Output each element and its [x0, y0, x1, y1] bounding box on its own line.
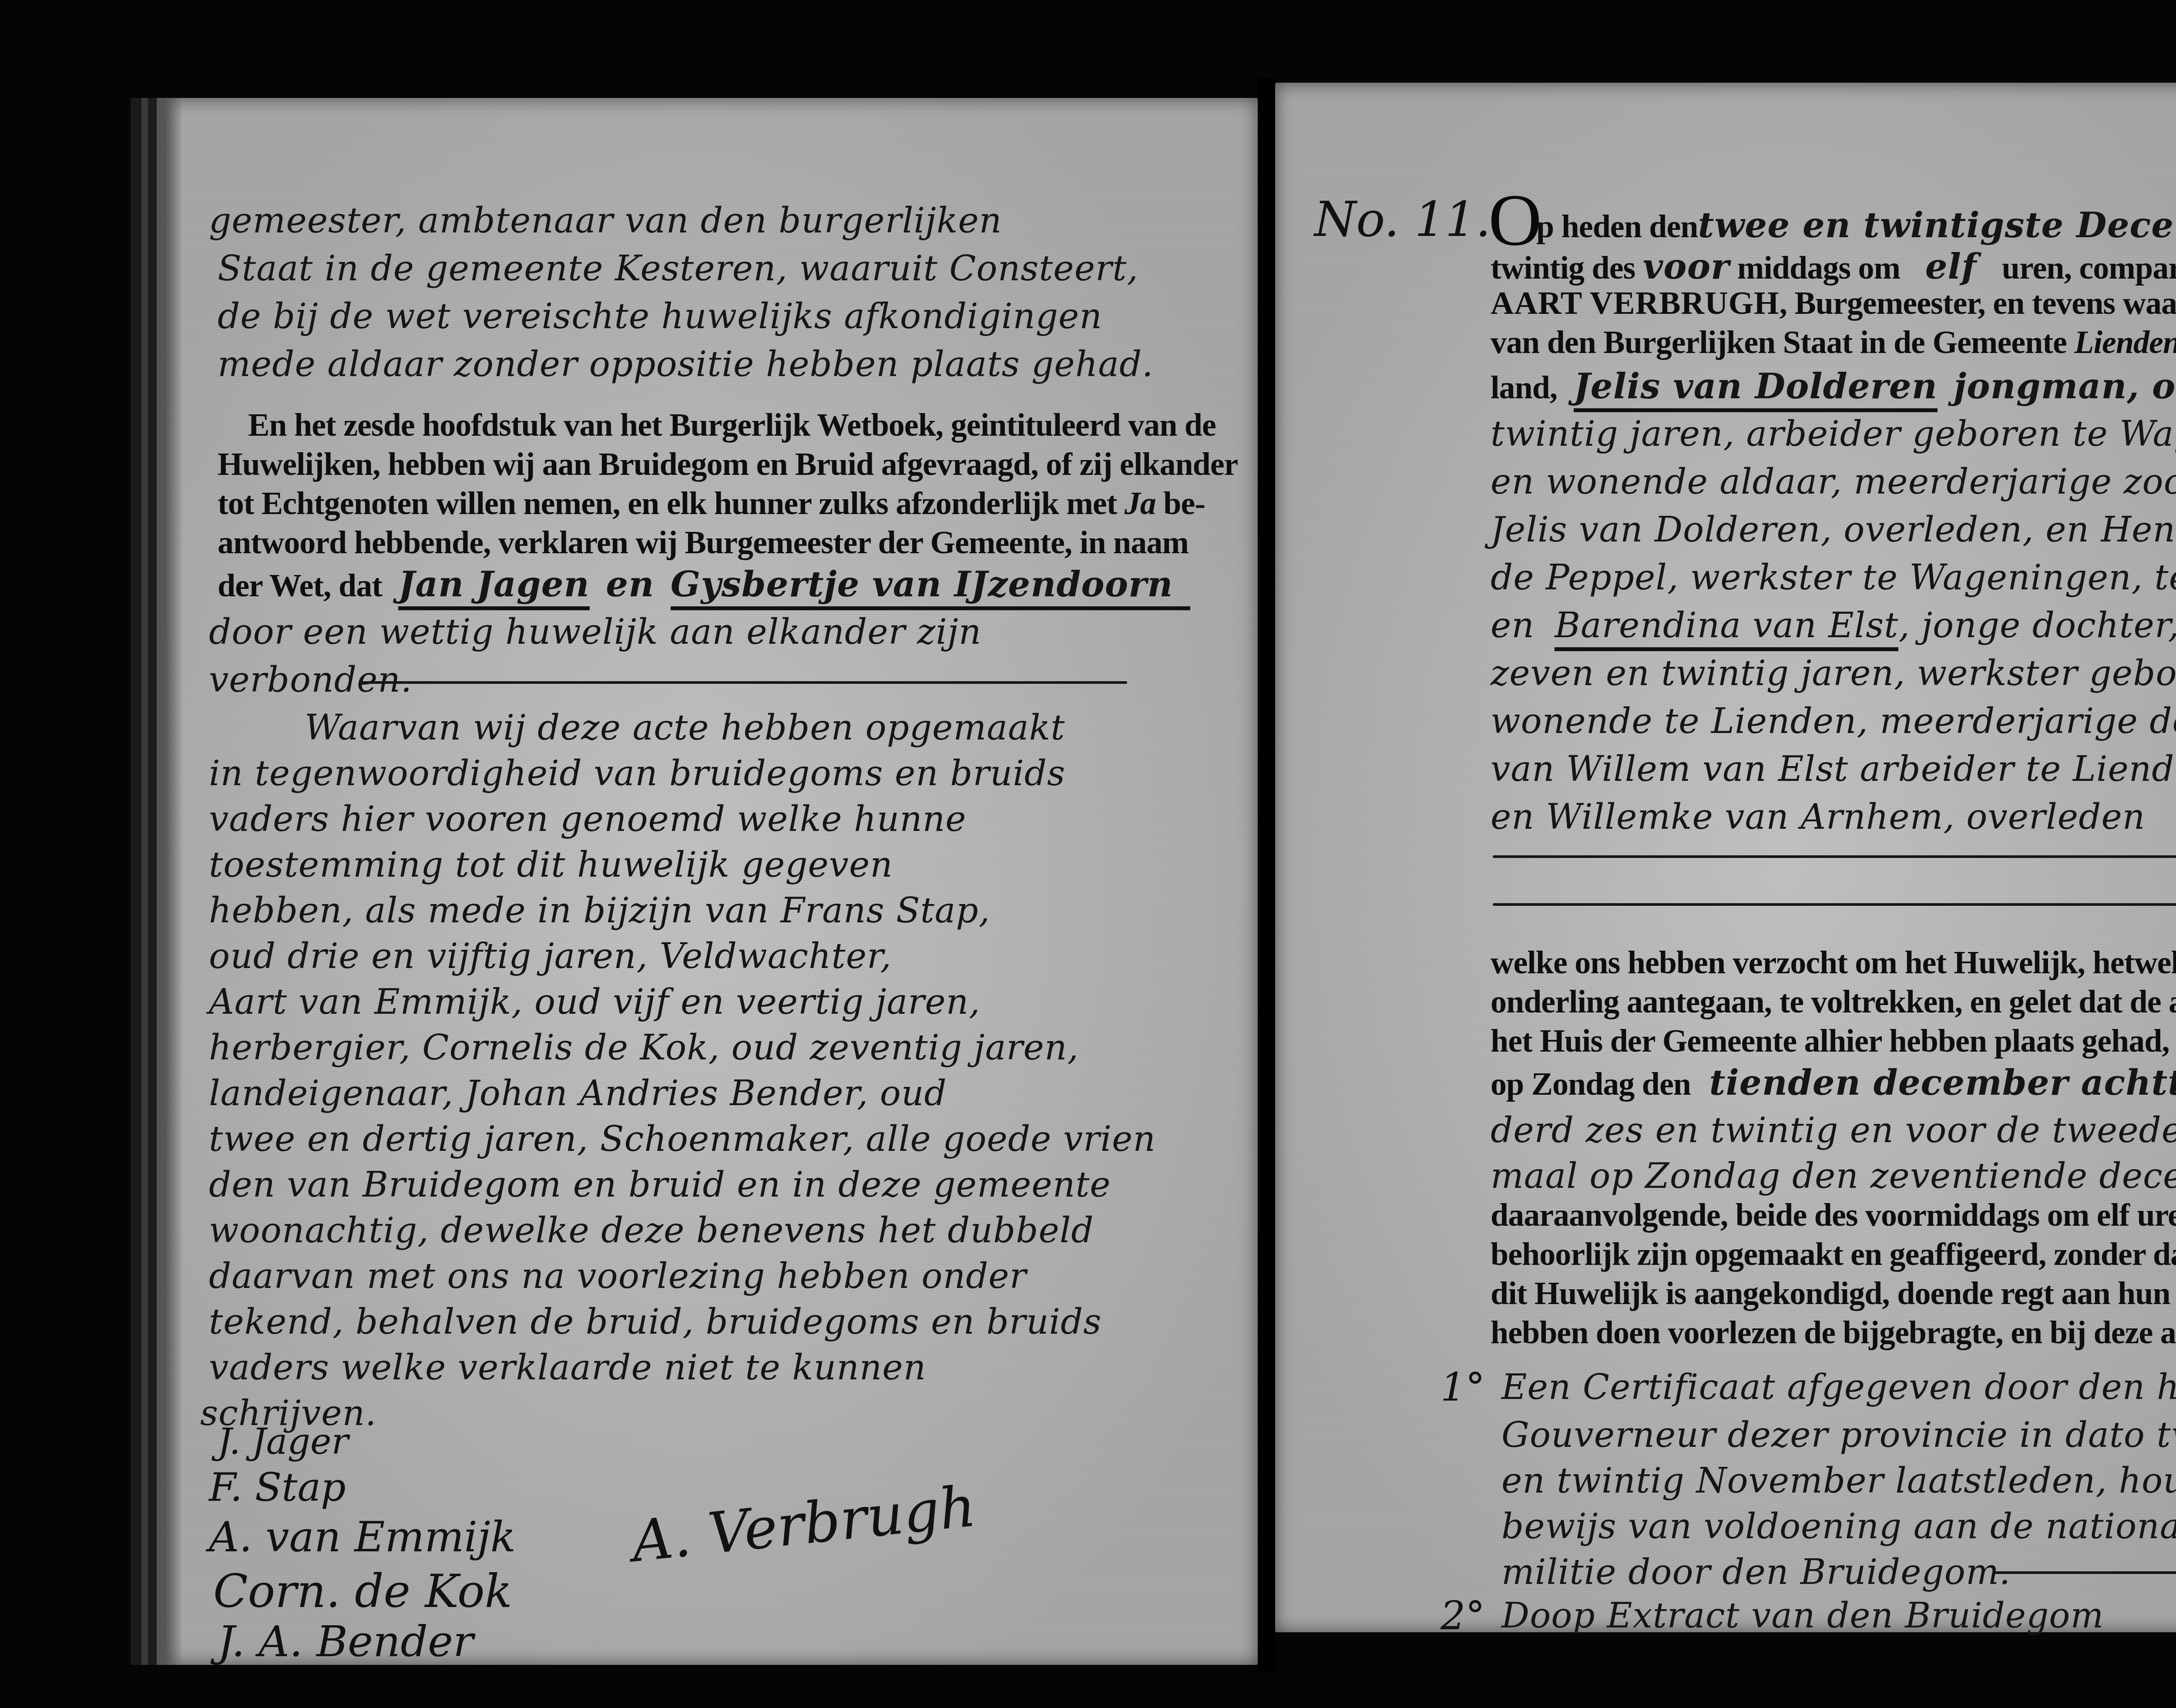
handwritten-line: hebben, als mede in bijzijn van Frans St… [209, 890, 990, 931]
handwritten-line: herbergier, Cornelis de Kok, oud zeventi… [209, 1027, 1079, 1068]
printed-line: van den Burgerlijken Staat in de Gemeent… [1491, 324, 2176, 361]
printed-line: land, Jelis van Dolderen jongman, oud ze… [1491, 366, 2176, 407]
list-number: 1° [1441, 1365, 1485, 1410]
handwritten-line: den van Bruidegom en bruid en in deze ge… [209, 1164, 1111, 1205]
handwritten-line: twee en dertig jaren, Schoenmaker, alle … [209, 1119, 1156, 1159]
list-item: Een Certificaat afgegeven door den heer [1501, 1367, 2176, 1407]
handwritten-line: oud drie en vijftig jaren, Veldwachter, [209, 936, 892, 976]
list-item: militie door den Bruidegom. [1501, 1552, 2011, 1592]
handwritten-line: verbonden. [209, 659, 412, 700]
list-item: Gouverneur dezer provincie in dato twee [1501, 1415, 2176, 1455]
signature-witness: J. Jager [218, 1421, 349, 1463]
handwritten-line: de bij de wet vereischte huwelijks afkon… [218, 296, 1102, 336]
handwritten-line: en wonende aldaar, meerderjarige zoon va… [1491, 461, 2176, 502]
filler-rule [1493, 855, 2176, 858]
handwritten-line: derd zes en twintig en voor de tweede [1491, 1110, 2176, 1150]
handwritten-line: Staat in de gemeente Kesteren, waaruit C… [218, 248, 1138, 289]
handwritten-line: twintig jaren, arbeider geboren te Wagen… [1491, 414, 2176, 454]
signature-witness: A. van Emmijk [209, 1513, 516, 1561]
handwritten-line: toestemming tot dit huwelijk gegeven [209, 844, 893, 885]
right-page: 12 fol. No. 11. O p heden dentwee en twi… [1275, 83, 2176, 1632]
handwritten-line: vaders hier vooren genoemd welke hunne [209, 799, 967, 839]
handwritten-line: Waarvan wij deze acte hebben opgemaakt [305, 707, 1065, 748]
handwritten-line: vaders welke verklaarde niet te kunnen [209, 1347, 926, 1388]
printed-line: antwoord hebbende, verklaren wij Burgeme… [218, 525, 1189, 561]
groom-name: Jan Jagen [398, 564, 589, 610]
printed-line: hebben doen voorlezen de bijgebragte, en… [1491, 1315, 2176, 1352]
printed-line: op Zondag den tienden december achttien … [1491, 1062, 2176, 1103]
signature-witness: Corn. de Kok [213, 1565, 512, 1618]
signature-mayor: A. Verbrugh [628, 1473, 979, 1575]
handwritten-line: mede aldaar zonder oppositie hebben plaa… [218, 344, 1154, 384]
handwritten-line: landeigenaar, Johan Andries Bender, oud [209, 1073, 947, 1113]
printed-line: behoorlijk zijn opgemaakt en geaffigeerd… [1491, 1236, 2176, 1273]
bride-name: Barendina van Elst [1555, 605, 1898, 651]
signature-witness: J. A. Bender [218, 1617, 473, 1667]
handwritten-line: de Peppel, werkster te Wageningen, ter e… [1491, 557, 2176, 598]
handwritten-line: en Barendina van Elst, jonge dochter, ou… [1491, 605, 2176, 646]
handwritten-line: van Willem van Elst arbeider te Lienden [1491, 749, 2176, 789]
banns-date: tienden december achttien hon [1709, 1062, 2176, 1103]
list-item: bewijs van voldoening aan de nationale [1501, 1506, 2176, 1547]
book-spine [1258, 78, 1275, 1671]
handwritten-line: Aart van Emmijk, oud vijf en veertig jar… [209, 982, 981, 1022]
printed-line: tot Echtgenoten willen nemen, en elk hun… [218, 485, 1205, 522]
list-item: en twintig November laatstleden, houdend… [1501, 1460, 2176, 1501]
printed-line: welke ons hebben verzocht om het Huwelij… [1491, 945, 2176, 982]
hand-hour: elf [1925, 246, 1977, 287]
handwritten-line: maal op Zondag den zeventiende december [1491, 1156, 2176, 1196]
handwritten-line: tekend, behalven de bruid, bruidegoms en… [209, 1301, 1101, 1342]
printed-line: Huwelijken, hebben wij aan Bruidegom en … [218, 446, 1238, 483]
printed-line: daaraanvolgende, beide des voormiddags o… [1491, 1197, 2176, 1234]
printed-line: het Huis der Gemeente alhier hebben plaa… [1491, 1023, 2176, 1060]
mayor-name: AART VERBRUGH [1491, 286, 1780, 321]
handwritten-line: Jelis van Dolderen, overleden, en Hendri… [1491, 509, 2176, 550]
filler-rule [361, 681, 1127, 684]
municipality: Lienden [2074, 325, 2176, 360]
printed-line: onderling aantegaan, te voltrekken, en g… [1491, 984, 2176, 1021]
printed-line: En het zesde hoofdstuk van het Burgerlij… [248, 407, 1216, 444]
handwritten-line: daarvan met ons na voorlezing hebben ond… [209, 1256, 1027, 1296]
hand-date: twee en twintigste December [1698, 205, 2176, 245]
signature-witness: F. Stap [209, 1465, 346, 1510]
groom-name: Jelis van Dolderen [1574, 366, 1938, 412]
printed-line: p heden dentwee en twintigste December a… [1536, 205, 2176, 245]
filler-rule [1993, 1571, 2176, 1574]
handwritten-line: en Willemke van Arnhem, overleden [1491, 797, 2145, 837]
handwritten-line: gemeester, ambtenaar van den burgerlijke… [209, 200, 1002, 241]
record-number: No. 11. [1314, 192, 1491, 247]
handwritten-line: door een wettig huwelijk aan elkander zi… [209, 612, 981, 652]
printed-line: dit Huwelijk is aangekondigd, doende reg… [1491, 1275, 2176, 1312]
bride-name: Gysbertje van IJzendoorn [671, 564, 1191, 610]
filler-rule [1493, 903, 2176, 906]
left-page: gemeester, ambtenaar van den burgerlijke… [131, 98, 1258, 1665]
handwritten-line: zeven en twintig jaren, werkster geboren… [1491, 653, 2176, 693]
printed-line: twintig des voor middags om elf uren, co… [1491, 246, 2176, 287]
handwritten-line: woonachtig, dewelke deze benevens het du… [209, 1210, 1094, 1251]
printed-line: der Wet, dat Jan Jagen en Gysbertje van … [218, 564, 1190, 605]
printed-line: AART VERBRUGH, Burgemeester, en tevens w… [1491, 285, 2176, 322]
list-item: Doop Extract van den Bruidegom [1501, 1595, 2104, 1636]
handwritten-line: in tegenwoordigheid van bruidegoms en br… [209, 753, 1065, 793]
list-number: 2° [1441, 1593, 1485, 1639]
handwritten-line: wonende te Lienden, meerderjarige dochte… [1491, 701, 2176, 741]
